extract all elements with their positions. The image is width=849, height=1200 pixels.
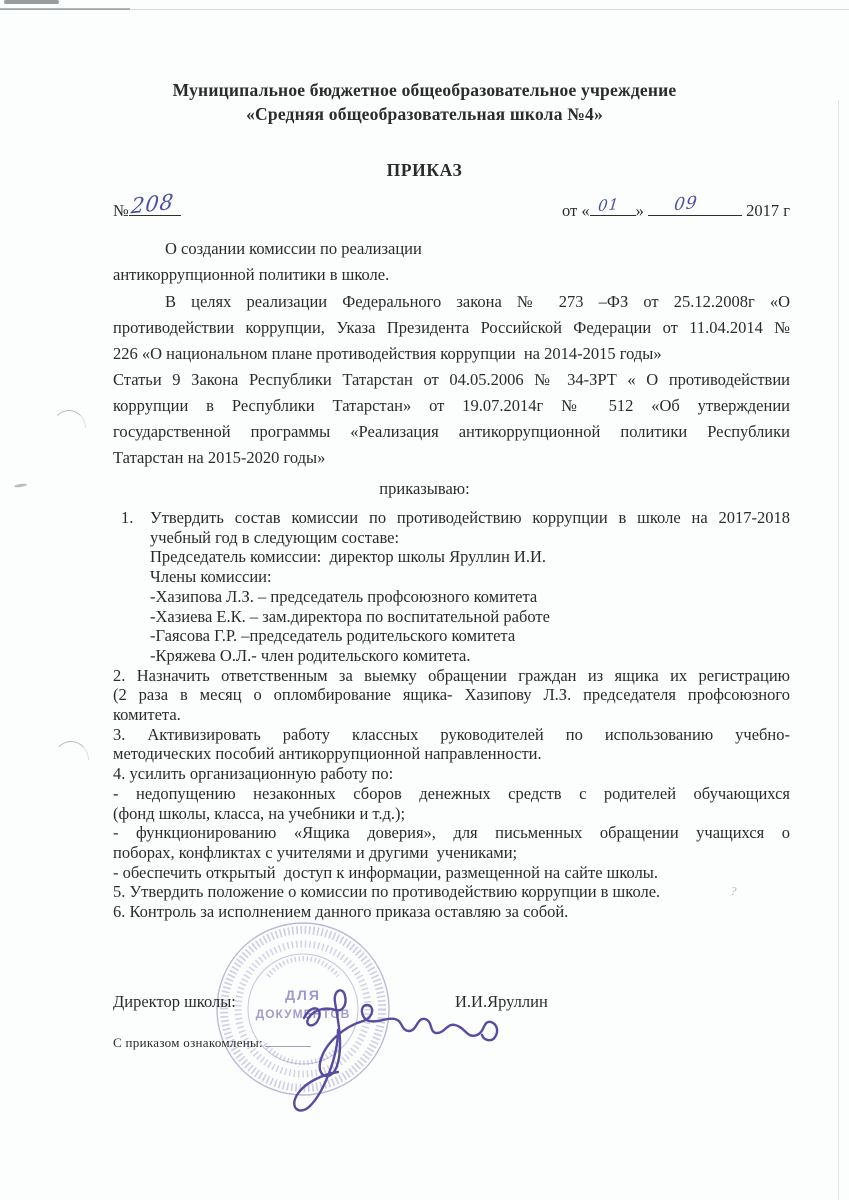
acknowledgement-row: С приказом ознакомлены:: [113, 1034, 311, 1051]
text-line: коррупции в Республики Татарстан» от 19.…: [113, 393, 790, 419]
day-blank-line: 01: [590, 198, 636, 216]
text-line: -Хазиева Е.К. – зам.директора по воспита…: [150, 607, 790, 627]
month-blank-line: 09: [648, 198, 742, 216]
paper-clip-mark: [52, 410, 86, 428]
scanned-order-document: ? Муниципальное бюджетное общеобразовате…: [0, 0, 849, 1200]
text-line: (фонд школы, класса, на учебники и т.д.)…: [113, 804, 790, 824]
text-line: Статьи 9 Закона Республики Татарстан от …: [113, 367, 790, 393]
item-number: 1.: [121, 508, 133, 528]
director-name: И.И.Яруллин: [455, 992, 548, 1012]
acknowledgement-blank-line: [265, 1034, 311, 1047]
director-signature-row: Директор школы: И.И.Яруллин: [113, 992, 790, 1012]
text-line: Председатель комиссии: директор школы Яр…: [150, 547, 790, 567]
text-line: 226 «О национальном плане противодействи…: [113, 341, 790, 367]
text-line: 4. усилить организационную работу по:: [113, 764, 790, 784]
number-blank-line: 208: [129, 198, 181, 216]
text-line: -Хазипова Л.З. – председатель профсоюзно…: [150, 587, 790, 607]
text-line: противодействии коррупции, Указа Президе…: [113, 315, 790, 341]
preamble: В целях реализации Федерального закона №…: [113, 289, 790, 471]
text-line: государственной программы «Реализация ан…: [113, 419, 790, 445]
text-line: 5. Утвердить положение о комиссии по про…: [113, 882, 790, 902]
org-name-line: «Средняя общеобразовательная школа №4»: [0, 102, 849, 126]
director-label: Директор школы:: [113, 992, 236, 1011]
text-line: 2. Назначить ответственным за выемку обр…: [113, 666, 790, 686]
acknowledgement-label: С приказом ознакомлены:: [113, 1035, 263, 1050]
text-line: 3. Активизировать работу классных руково…: [113, 725, 790, 745]
text-line: комитета.: [113, 705, 790, 725]
director-signature: [282, 958, 562, 1148]
text-line: Члены комиссии:: [150, 567, 790, 587]
date-prefix: от «: [562, 201, 590, 220]
text-line: поборах, конфликтах с учителями и другим…: [113, 843, 790, 863]
handwritten-month: 09: [673, 195, 698, 215]
subject-line: О создании комиссии по реализации: [113, 236, 593, 262]
text-line: - функционированию «Ящика доверия», для …: [113, 823, 790, 843]
text-line: -Гаясова Г.Р. –председатель родительског…: [150, 626, 790, 646]
order-date: от «01» 09 2017 г: [562, 198, 790, 221]
paper-clip-mark: [53, 741, 89, 760]
order-items: 1. Утвердить состав комиссии по противод…: [113, 508, 790, 922]
doc-title: ПРИКАЗ: [0, 160, 849, 181]
subject-line: антикоррупционной политики в школе.: [113, 262, 593, 288]
text-line: Утвердить состав комиссии по противодейс…: [150, 508, 790, 528]
handwritten-number: 208: [130, 192, 175, 218]
scan-right-edge-line: [838, 100, 839, 1200]
handwritten-day: 01: [597, 197, 620, 214]
text-line: -Кряжева О.Л.- член родительского комите…: [150, 646, 790, 666]
org-name-line: Муниципальное бюджетное общеобразователь…: [0, 78, 849, 102]
order-number: №208: [113, 198, 181, 221]
text-line: (2 раза в месяц о опломбирование ящика- …: [113, 685, 790, 705]
number-date-row: №208 от «01» 09 2017 г: [113, 196, 790, 226]
text-line: учебный год в следующим составе:: [150, 528, 790, 548]
order-item-1: 1. Утвердить состав комиссии по противод…: [113, 508, 790, 666]
scan-corner-smudge: [4, 0, 59, 4]
decree-word: приказываю:: [0, 479, 849, 499]
text-line: В целях реализации Федерального закона №…: [113, 289, 790, 315]
scan-edge-dark-segment: [0, 8, 130, 10]
date-quote: »: [636, 201, 644, 220]
date-year: 2017 г: [746, 201, 790, 220]
org-header: Муниципальное бюджетное общеобразователь…: [0, 78, 849, 126]
subject-block: О создании комиссии по реализации антико…: [113, 236, 593, 287]
text-line: - недопущению незаконных сборов денежных…: [113, 784, 790, 804]
number-label: №: [113, 201, 129, 220]
text-line: методических пособий антикоррупционной н…: [113, 744, 790, 764]
text-line: - обеспечить открытый доступ к информаци…: [113, 863, 790, 883]
text-line: Татарстан на 2015-2020 годы»: [113, 445, 790, 471]
